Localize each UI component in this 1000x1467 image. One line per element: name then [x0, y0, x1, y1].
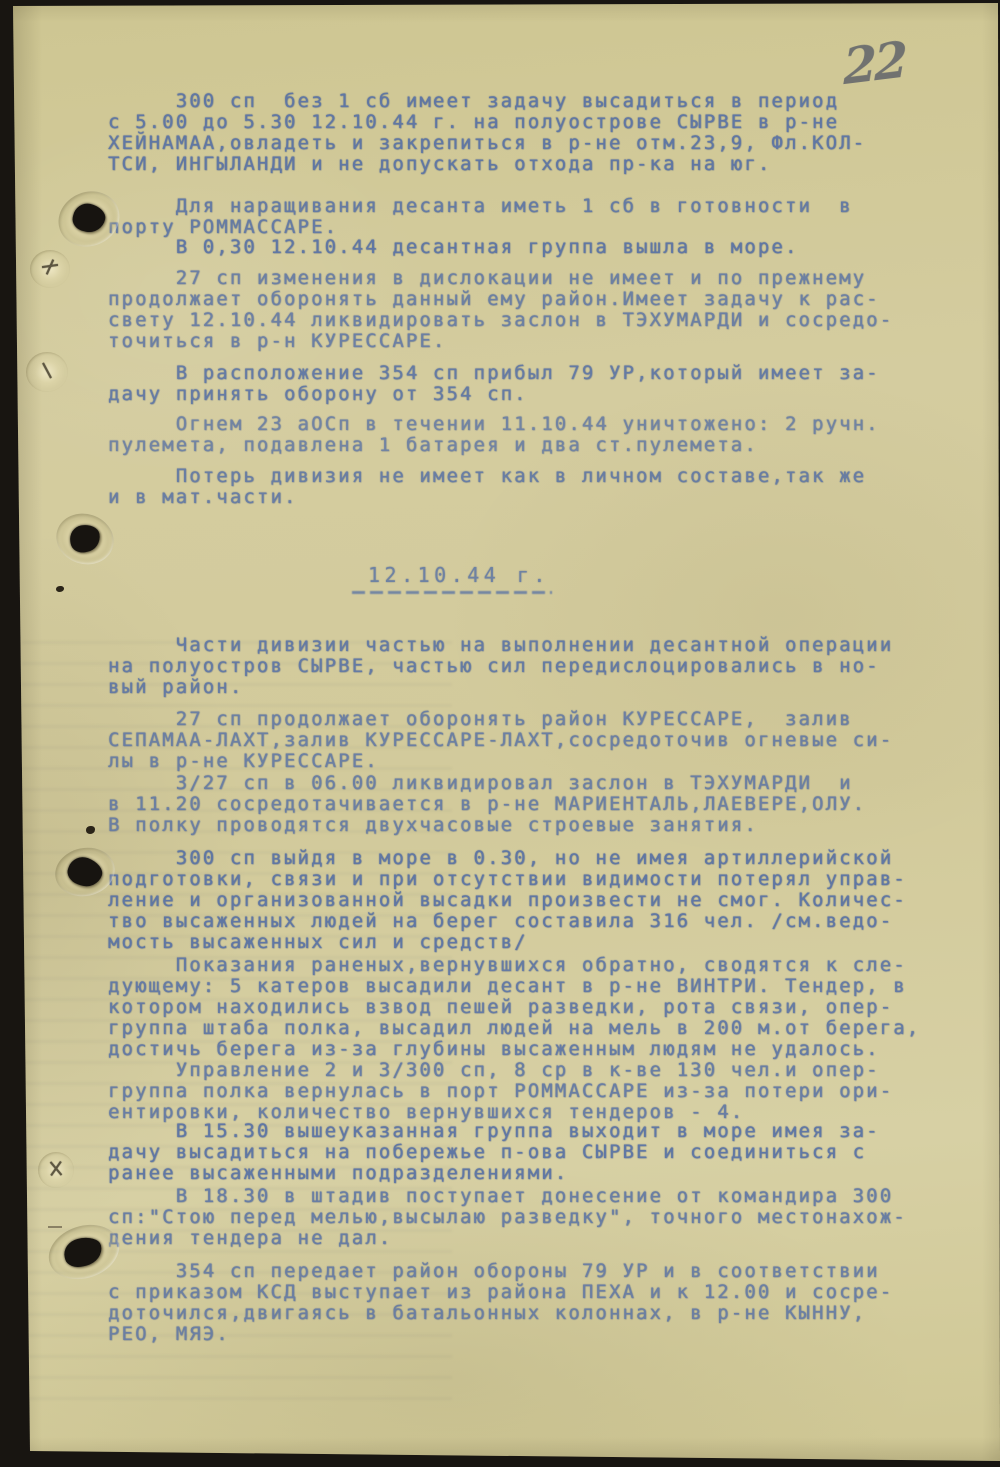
typed-paragraph: 354 сп передает район обороны 79 УР и в …	[108, 1261, 893, 1345]
paper-sheet: 300 сп без 1 сб имеет задачу высадиться …	[0, 0, 1000, 1467]
page-number-handwritten: 22	[843, 30, 906, 96]
typed-paragraph: В 0,30 12.10.44 десантная группа вышла в…	[108, 237, 799, 258]
typed-text-layer: 300 сп без 1 сб имеет задачу высадиться …	[0, 0, 1000, 1467]
typed-paragraph: Для наращивания десанта иметь 1 сб в гот…	[108, 196, 853, 238]
typed-paragraph: 27 сп изменения в дислокации не имеет и …	[108, 268, 893, 352]
typed-paragraph: В 18.30 в штадив поступает донесение от …	[108, 1186, 907, 1249]
typed-paragraph: Огнем 23 аОСп в течении 11.10.44 уничтож…	[108, 414, 880, 456]
heading-underline	[352, 591, 552, 594]
typed-paragraph: Потерь дивизия не имеет как в личном сос…	[108, 466, 866, 508]
typed-paragraph: 3/27 сп в 06.00 ликвидировал заслон в ТЭ…	[108, 773, 866, 836]
typed-paragraph: 300 сп без 1 сб имеет задачу высадиться …	[108, 91, 866, 175]
typed-paragraph: Управление 2 и 3/300 сп, 8 ср в к-ве 130…	[108, 1060, 893, 1123]
paper-tear	[26, 352, 68, 392]
punch-hole	[56, 514, 114, 564]
typed-paragraph: В расположение 354 сп прибыл 79 УР,котор…	[108, 363, 880, 405]
punch-hole	[48, 1226, 120, 1278]
paper-tear	[38, 1152, 74, 1188]
typed-paragraph: 27 сп продолжает оборонять район КУРЕССА…	[108, 709, 893, 772]
scanned-document-page: 300 сп без 1 сб имеет задачу высадиться …	[0, 0, 1000, 1467]
typed-paragraph: Показания раненых,вернувшихся обратно, с…	[108, 955, 920, 1060]
typed-paragraph: 300 сп выйдя в море в 0.30, но не имея а…	[108, 848, 907, 953]
punch-hole	[58, 192, 120, 246]
typed-paragraph: В 15.30 вышеуказанная группа выходит в м…	[108, 1121, 880, 1184]
date-section-heading: 12.10.44 г.	[368, 563, 550, 587]
typed-paragraph: Части дивизии частью на выполнении десан…	[108, 635, 893, 698]
paper-tear	[30, 250, 70, 288]
punch-hole	[55, 848, 115, 896]
